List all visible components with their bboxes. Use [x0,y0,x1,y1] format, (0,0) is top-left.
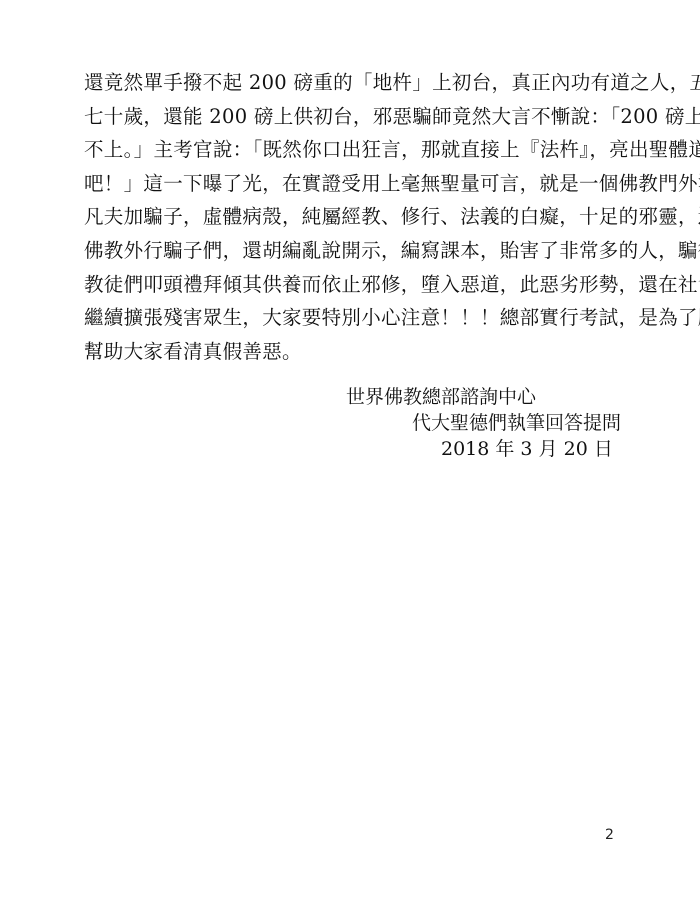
paragraph-line: 教徒們叩頭禮拜傾其供養而依止邪修，墮入惡道，此惡劣形勢，還在社會上 [84,268,610,302]
body-paragraph: 還竟然單手撥不起 200 磅重的「地杵」上初台，真正內功有道之人，五十至 七十歲… [84,66,610,368]
paragraph-line: 凡夫加騙子，虛體病殼，純屬經教、修行、法義的白癡，十足的邪靈，這些 [84,200,610,234]
signature-author: 代大聖德們執筆回答提問 [412,411,621,435]
document-page: 還竟然單手撥不起 200 磅重的「地杵」上初台，真正內功有道之人，五十至 七十歲… [0,0,700,906]
paragraph-line: 七十歲，還能 200 磅上供初台，邪惡騙師竟然大言不慚說：「200 磅上供我看 [84,100,610,134]
paragraph-line: 幫助大家看清真假善惡。 [84,335,610,369]
paragraph-line: 不上。」主考官說：「既然你口出狂言，那就直接上『法杵』，亮出聖體道行 [84,133,610,167]
paragraph-line: 還竟然單手撥不起 200 磅重的「地杵」上初台，真正內功有道之人，五十至 [84,66,610,100]
signature-date: 2018 年 3 月 20 日 [441,437,613,461]
signature-organization: 世界佛教總部諮詢中心 [346,385,536,409]
paragraph-line: 繼續擴張殘害眾生，大家要特別小心注意！！！總部實行考試，是為了服務 [84,301,610,335]
page-number: 2 [605,827,614,843]
paragraph-line: 吧！」這一下曝了光，在實證受用上毫無聖量可言，就是一個佛教門外漢、 [84,167,610,201]
paragraph-line: 佛教外行騙子們，還胡編亂說開示，編寫課本，貽害了非常多的人，騙得佛 [84,234,610,268]
